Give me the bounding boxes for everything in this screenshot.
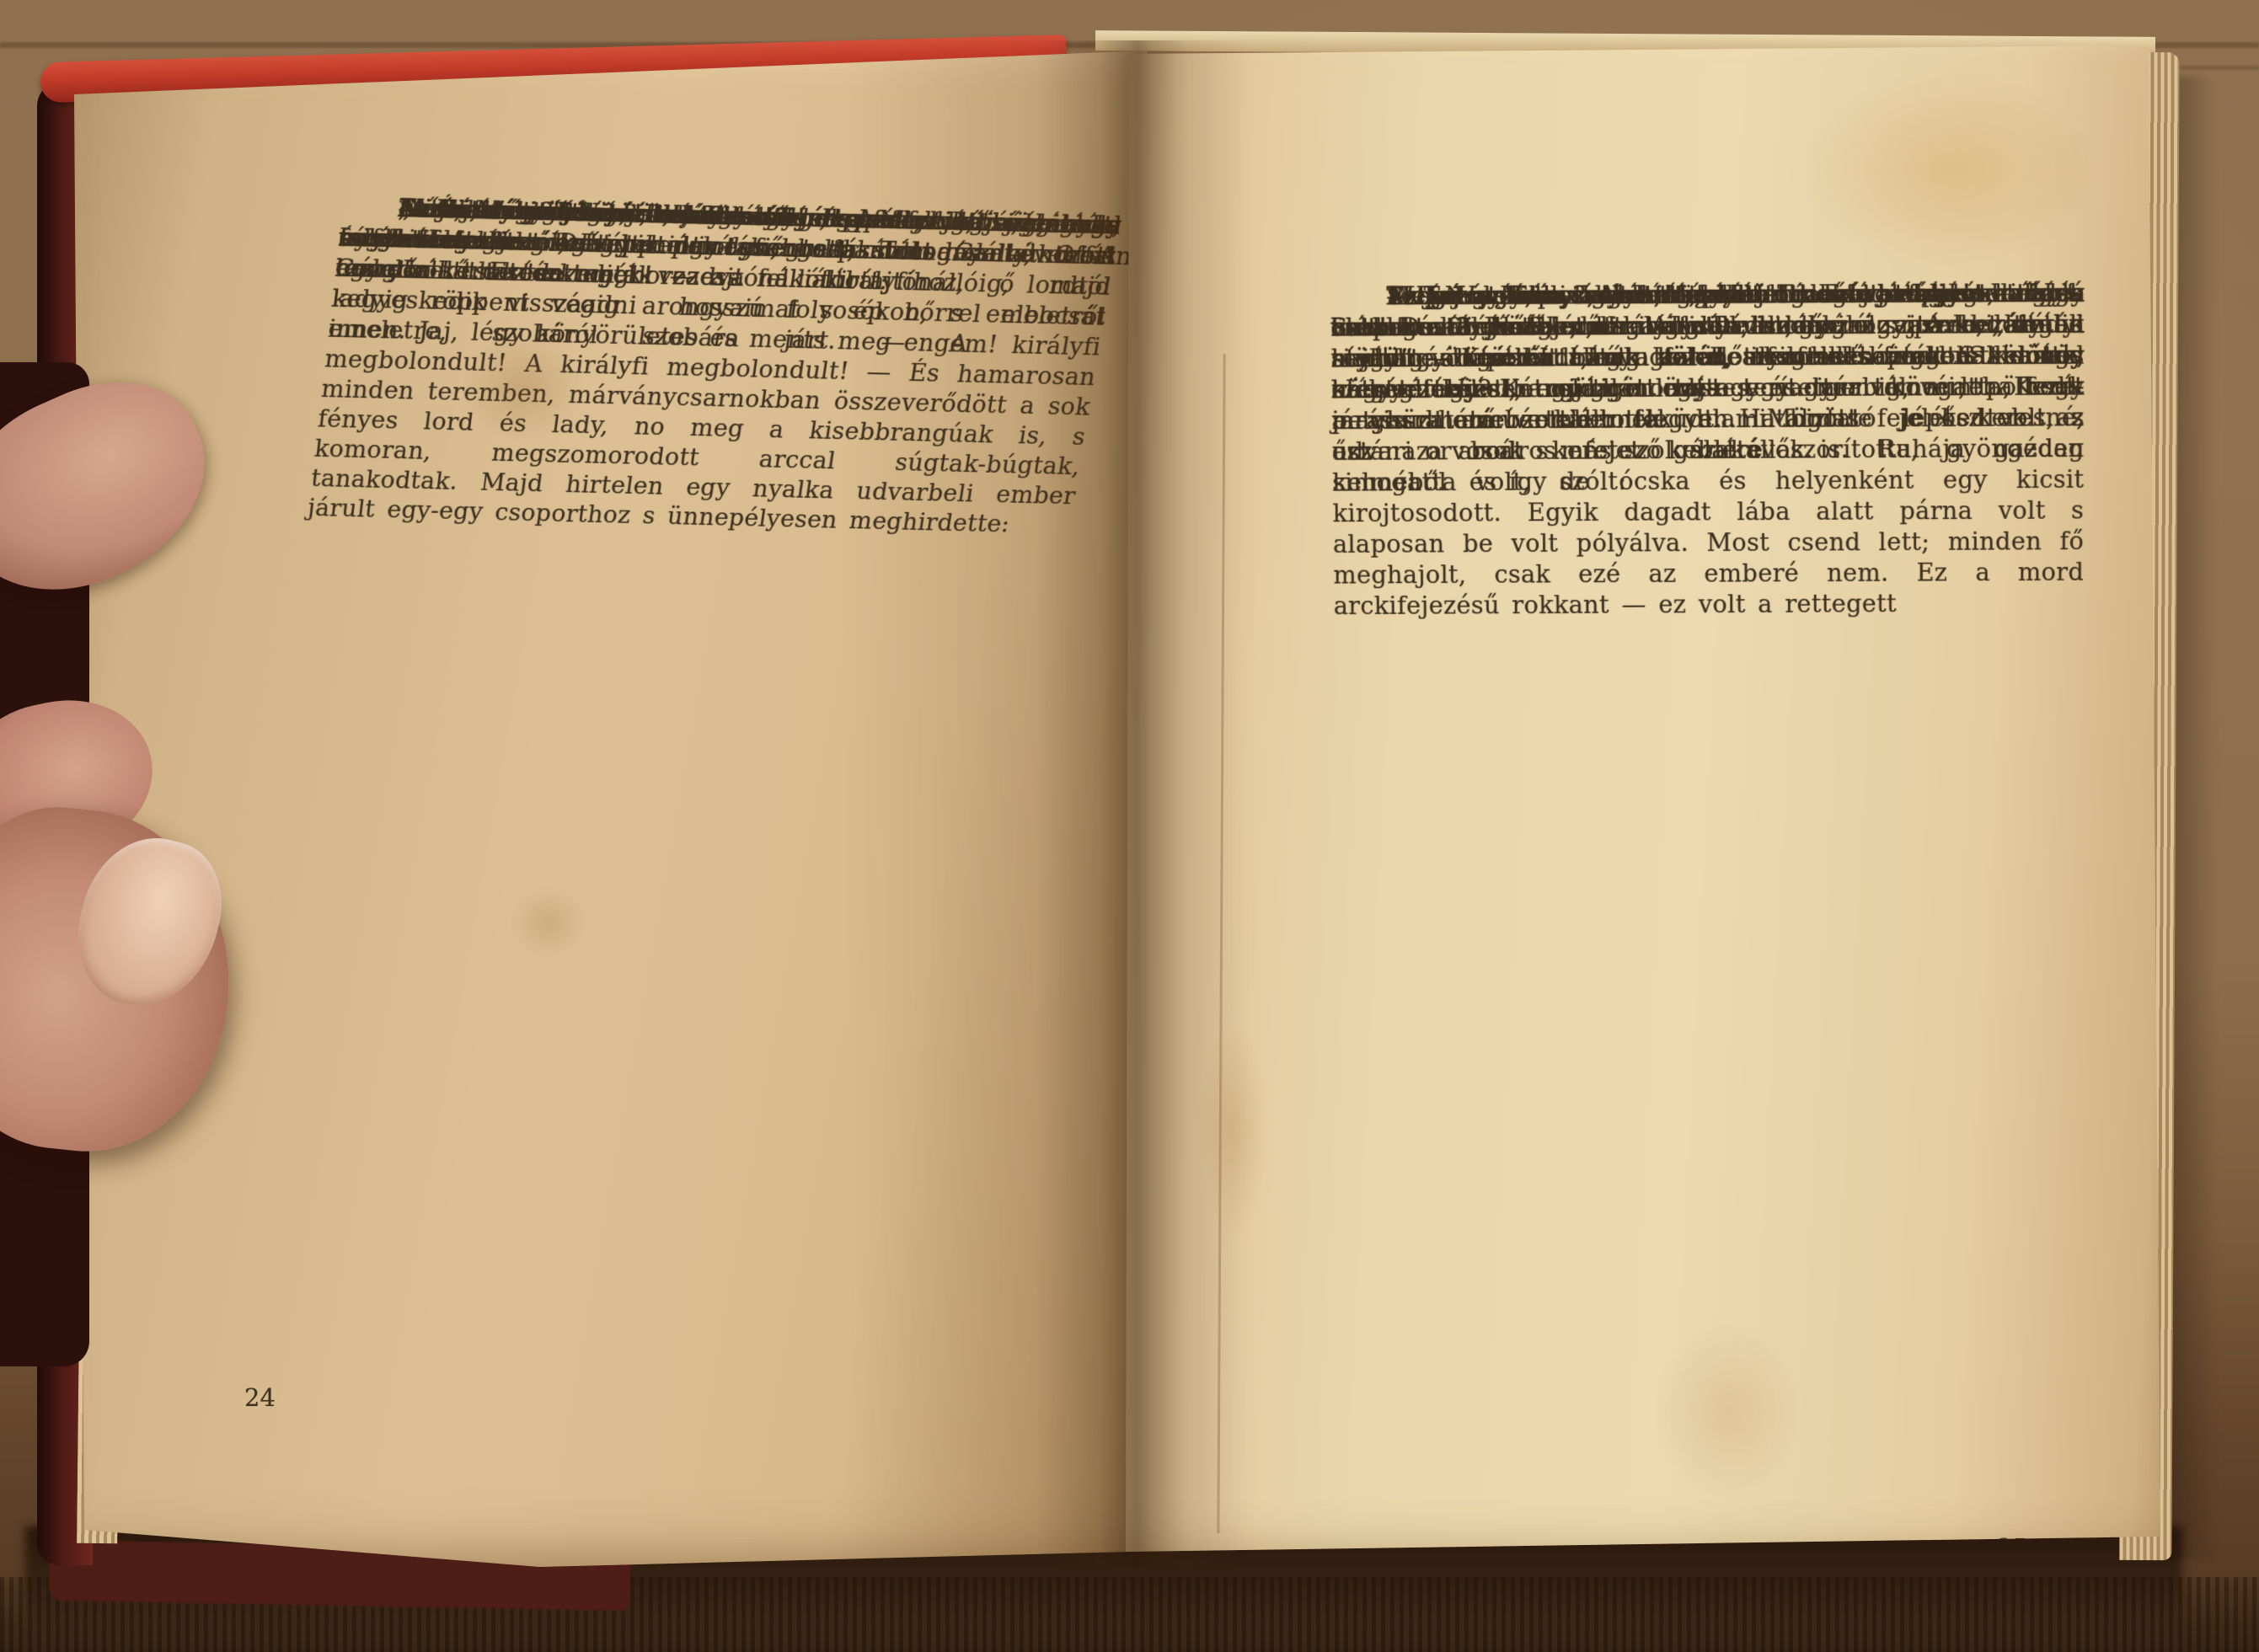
right-page: Szegény Tom lassan lépkedett el a mélyen… (1111, 29, 2174, 1564)
paragraph: Tomnak majdnem elállt a lélegzete; de va… (288, 190, 1124, 211)
text-run: — A királyfi! Ni, jön a királyfi! (340, 192, 807, 234)
paragraph: — A királyfi! Ni, jön a királyfi! (288, 190, 1124, 211)
text-run: Tomot talpraállították, s most reszketve… (1330, 278, 2085, 499)
left-page: Mire az ajtó bezárult, egy édes, pazar r… (67, 51, 1148, 1572)
paragraph: Tomot talpraállították, s most reszketve… (1274, 278, 2085, 281)
paragraph: — Ó, Mylord, letérdelsz? — S előttem! (288, 190, 1124, 211)
paragraph: — Te, a király? Akkor nekem igazán befel… (1274, 278, 2085, 281)
text-run: Tomnak majdnem elállt a lélegzete; de va… (337, 192, 1123, 272)
paragraph: Mire az ajtó bezárult, egy édes, pazar r… (288, 190, 1124, 211)
text-run: Mire az ajtó bezárult, egy édes, pazar r… (334, 192, 1124, 302)
text-run: — Jer atyádhoz, gyermekem! Te beteg vagy… (1330, 278, 1972, 312)
paragraph: Senki se adjon e hamis és esztelen dolog… (288, 190, 1124, 211)
paragraph: — Nos, mi történt, Lord Edward, én édes … (1274, 278, 2085, 281)
paragraph: De nemsokára általános izgalom futott vé… (288, 190, 1124, 211)
italic-text: VIII. Henrik. (1330, 281, 1550, 313)
text-run: „A király nevében! (340, 192, 644, 230)
text-run: — Hát téged mi lelt, Mylord? (340, 192, 789, 233)
italic-text: előttem! (340, 192, 506, 227)
paragraph: A király nevében!” (288, 190, 1124, 211)
text-run: Szegény Tom figyelt, figyelt a beszéd el… (1330, 278, 2085, 436)
text-run: Ez a néhány szó láthatóan lesújtotta a k… (1330, 278, 2085, 405)
page-number-left: 24 (244, 1383, 276, 1412)
text-run: Tom egyszer csak ott találta magát a pal… (1330, 278, 2085, 622)
paragraph: Szegény Tom figyelt, figyelt a beszéd el… (1274, 278, 2085, 281)
paragraph: Azzal máris térdre vetette magát s felte… (288, 190, 1124, 211)
left-page-text: Mire az ajtó bezárult, egy édes, pazar r… (288, 190, 1124, 211)
paragraph: — Hát téged mi lelt, Mylord? (288, 190, 1124, 211)
text-run: — Jaj, légy könyörületes hozzám! Az az i… (327, 192, 1124, 363)
paragraph: Aztán egy keserveset sóhajtott és jóságo… (1274, 278, 2085, 281)
text-run: — Sem segítség, sem reménység. Mindjárt … (337, 192, 1123, 272)
paragraph: — Sem segítség, sem reménység. Mindjárt … (288, 190, 1124, 211)
text-run: Azzal máris térdre vetette magát s felte… (334, 192, 1124, 302)
paragraph: Erre a suttogás olyan egy csapásra abbam… (288, 190, 1124, 211)
text-run: — Nos, mi történt, Lord Edward, én édes … (1330, 278, 2085, 405)
text-run: — Jaj nekem, azt hittem, a hír a valóság… (1330, 278, 2085, 344)
text-run: Aztán egy keserveset sóhajtott és jóságo… (1330, 278, 2085, 344)
paragraph: — Jaj nekem, azt hittem, a hír a valóság… (1274, 278, 2085, 281)
paragraph: Szegény Tom lassan lépkedett el a mélyen… (1274, 278, 2085, 281)
paragraph: — Jer atyádhoz, gyermekem! Te beteg vagy… (1274, 278, 2085, 281)
text-run: Erre a suttogás olyan egy csapásra abbam… (337, 192, 1123, 272)
photo-area: Mire az ajtó bezárult, egy édes, pazar r… (0, 0, 2259, 1652)
paragraph: Tom egyszer csak ott találta magát a pal… (1274, 278, 2085, 281)
text-run: De nemsokára általános izgalom futott vé… (337, 192, 1123, 272)
right-page-text: Szegény Tom lassan lépkedett el a mélyen… (1274, 278, 2085, 281)
paragraph: Mialatt ott feküdt, rémülettől dermedezv… (288, 190, 1124, 211)
paragraph: Ez a néhány szó láthatóan lesújtotta a k… (1274, 278, 2085, 281)
text-run: Megszólalt, s arca megenyhült: (1330, 279, 1796, 312)
text-run: — Te, a király? Akkor nekem igazán befel… (1330, 278, 2037, 313)
paragraph: Aztán rémülten elrohant. Tom pedig kétsé… (288, 190, 1124, 211)
text-run: Mialatt ott feküdt, rémülettől dermedezv… (306, 192, 1123, 541)
text-run: Senki se adjon e hamis és esztelen dolog… (334, 192, 1124, 302)
paragraph: — Jaj, légy könyörületes hozzám! Az az i… (288, 190, 1124, 211)
text-run: Aztán rémülten elrohant. Tom pedig kétsé… (337, 192, 1123, 272)
paragraph: „A király nevében! (288, 190, 1124, 211)
text-run: — Ó, Mylord, letérdelsz? — S (340, 192, 791, 233)
text-run: Szegény Tom lassan lépkedett el a mélyen… (1330, 278, 2085, 468)
